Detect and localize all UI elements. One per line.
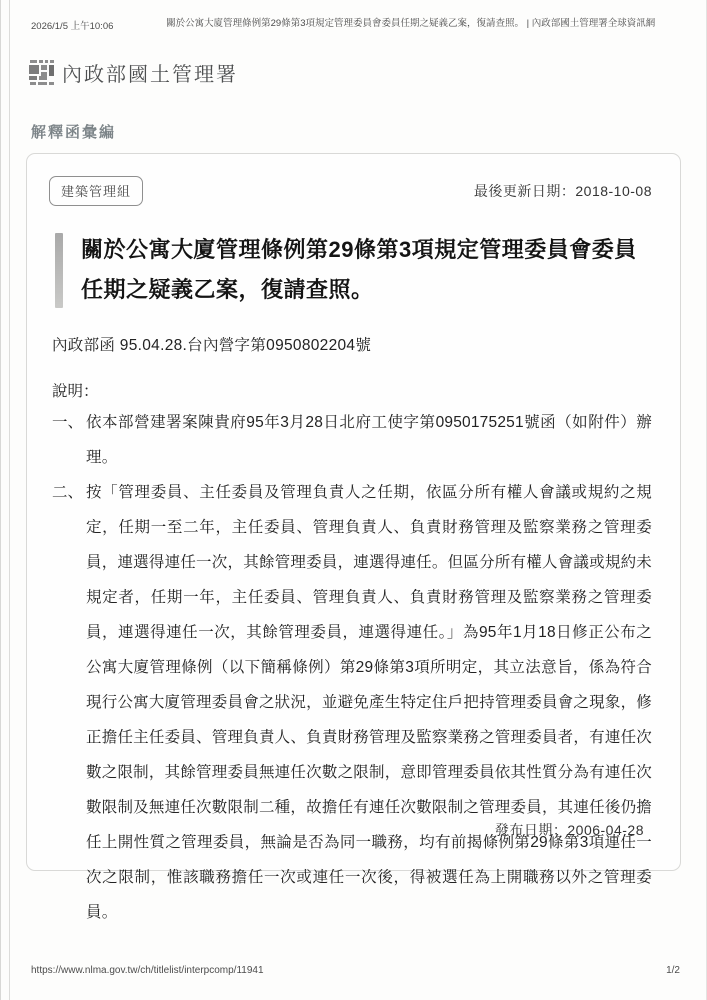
list-item: 二、 按「管理委員、主任委員及管理負責人之任期，依區分所有權人會議或規約之規定，… — [52, 475, 652, 930]
site-header-logo-link[interactable]: 內政部國土管理署 — [29, 58, 706, 87]
last-updated-date: 最後更新日期：2018-10-08 — [474, 181, 652, 201]
print-page-number: 1/2 — [666, 965, 680, 976]
list-item-text: 依本部營建署案陳貴府95年3月28日北府工使字第0950175251號函（如附件… — [86, 405, 652, 475]
interpretation-letter-card: 建築管理組 最後更新日期：2018-10-08 關於公寓大廈管理條例第29條第3… — [26, 153, 681, 871]
print-url: https://www.nlma.gov.tw/ch/titlelist/int… — [31, 965, 264, 976]
printed-page: 2026/1/5 上午10:06 關於公寓大廈管理條例第29條第3項規定管理委員… — [0, 0, 707, 1000]
category-badge[interactable]: 建築管理組 — [49, 176, 143, 206]
explanation-list: 一、 依本部營建署案陳貴府95年3月28日北府工使字第0950175251號函（… — [52, 405, 652, 930]
title-marker-bar — [55, 233, 63, 308]
document-number: 內政部函 95.04.28.台內營字第0950802204號 — [52, 333, 652, 355]
title-block: 關於公寓大廈管理條例第29條第3項規定管理委員會委員任期之疑義乙案，復請查照。 — [55, 230, 652, 311]
card-top-row: 建築管理組 最後更新日期：2018-10-08 — [49, 176, 652, 206]
document-title: 關於公寓大廈管理條例第29條第3項規定管理委員會委員任期之疑義乙案，復請查照。 — [81, 230, 652, 311]
print-datetime: 2026/1/5 上午10:06 — [31, 18, 113, 32]
list-item: 一、 依本部營建署案陳貴府95年3月28日北府工使字第0950175251號函（… — [52, 405, 652, 475]
agency-logo-icon — [29, 60, 55, 86]
list-item-text: 按「管理委員、主任委員及管理負責人之任期，依區分所有權人會議或規約之規定，任期一… — [86, 475, 652, 930]
explanation-label: 說明： — [52, 379, 652, 401]
agency-name: 內政部國土管理署 — [62, 58, 238, 87]
print-document-title: 關於公寓大廈管理條例第29條第3項規定管理委員會委員任期之疑義乙案，復請查照。 … — [113, 18, 678, 31]
section-heading: 解釋函彙編 — [31, 121, 706, 142]
print-footer: https://www.nlma.gov.tw/ch/titlelist/int… — [31, 965, 680, 976]
print-header: 2026/1/5 上午10:06 關於公寓大廈管理條例第29條第3項規定管理委員… — [1, 0, 706, 32]
list-item-marker: 二、 — [52, 475, 86, 510]
list-item-marker: 一、 — [52, 405, 86, 440]
publish-date: 發布日期：2006-04-28 — [495, 820, 644, 840]
